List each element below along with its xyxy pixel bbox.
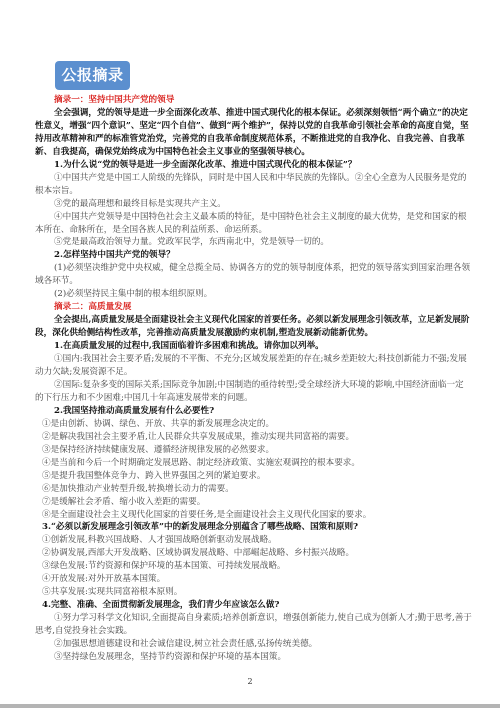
answer-item: ④开放发展:对外开放基本国策。 [35,573,472,586]
answer-item: ①中国共产党是中国工人阶级的先锋队，同时是中国人民和中华民族的先锋队。②全心全意… [35,172,472,198]
answer-item: ⑤是提升我国整体竞争力、跨入世界强国之列的紧迫要求。 [35,470,472,483]
answer-item: ④中国共产党领导是中国特色社会主义最本质的特征，是中国特色社会主义制度的最大优势… [35,211,472,237]
answer-item: ②协调发展,西部大开发战略、区域协调发展战略、中部崛起战略、乡村振兴战略。 [35,547,472,560]
page-bottom-border [0,704,500,708]
section-title-badge: 公报摘录 [55,61,130,90]
excerpt-heading-2: 摘录二：高质量发展 [35,301,472,314]
answer-item: (2)必须坚持民主集中制的根本组织原则。 [35,288,472,301]
answer-item: ①国内:我国社会主要矛盾;发展的不平衡、不充分;区域发展差距的存在;城乡差距较大… [35,353,472,379]
excerpt-intro-2: 全会提出,高质量发展是全面建设社会主义现代化国家的首要任务。必须以新发展理念引领… [35,314,472,340]
excerpt-intro-1: 全会强调，党的领导是进一步全面深化改革、推进中国式现代化的根本保证。必须深刻领悟… [35,107,472,159]
question-1-2: 2.怎样坚持中国共产党的领导？ [35,249,472,262]
answer-item: ③党的最高理想和最终目标是实现共产主义。 [35,198,472,211]
answer-item: ③绿色发展:节约资源和保护环境的基本国策、可持续发展战略。 [35,560,472,573]
answer-item: ②国际:复杂多变的国际关系;国际竞争加剧;中国制造的亟待转型;受全球经济大环境的… [35,379,472,405]
answer-item: ⑤党是最高政治领导力量。党政军民学，东西南北中，党是领导一切的。 [35,236,472,249]
answer-item: ⑥是加快推动产业转型升级,转换增长动力的需要。 [35,483,472,496]
question-2-1: 1.在高质量发展的过程中,我国面临着许多困难和挑战。请你加以列举。 [35,340,472,353]
answer-item: ②加强思想道德建设和社会诚信建设,树立社会责任感,弘扬传统美德。 [35,638,472,651]
document-page: 公报摘录 摘录一：坚持中国共产党的领导 全会强调，党的领导是进一步全面深化改革、… [0,0,500,704]
answer-item: ②是解决我国社会主要矛盾,让人民群众共享发展成果，推动实现共同富裕的需要。 [35,431,472,444]
answer-item: ③是保持经济持续健康发展、遵循经济规律发展的必然要求。 [35,444,472,457]
question-2-4: 4.完整、准确、全面贯彻新发展理念，我们青少年应该怎么做? [35,599,472,612]
document-content: 摘录一：坚持中国共产党的领导 全会强调，党的领导是进一步全面深化改革、推进中国式… [35,94,472,664]
question-2-3: 3.“必须以新发展理念引领改革”中的新发展理念分别蕴含了哪些战略、国策和原则? [35,521,472,534]
answer-item: ①创新发展,科教兴国战略、人才强国战略创新驱动发展战略。 [35,534,472,547]
answer-item: (1)必须坚决维护党中央权威，健全总揽全局、协调各方的党的领导制度体系，把党的领… [35,262,472,288]
answer-item: ①努力学习科学文化知识,全面提高自身素质;培养创新意识，增强创新能力,使自己成为… [35,612,472,638]
answer-item: ⑧是全面建设社会主义现代化国家的首要任务,是全面建设社会主义现代化国家的要求。 [35,509,472,522]
answer-item: ③坚持绿色发展理念，坚持节约资源和保护环境的基本国策。 [35,651,472,664]
answer-item: ⑦是缓解社会矛盾、缩小收入差距的需要。 [35,496,472,509]
answer-item: ④是当前和今后一个时期确定发展思路、制定经济政策、实施宏观调控的根本要求。 [35,457,472,470]
question-1-1: 1.为什么说“党的领导是进一步全面深化改革、推进中国式现代化的根本保证”？ [35,159,472,172]
answer-item: ⑤共享发展:实现共同富裕根本原则。 [35,586,472,599]
question-2-2: 2.我国坚持推动高质量发展有什么必要性? [35,405,472,418]
excerpt-heading-1: 摘录一：坚持中国共产党的领导 [35,94,472,107]
answer-item: ①是由创新、协调、绿色、开放、共享的新发展理念决定的。 [35,418,472,431]
page-number: 2 [0,677,500,686]
